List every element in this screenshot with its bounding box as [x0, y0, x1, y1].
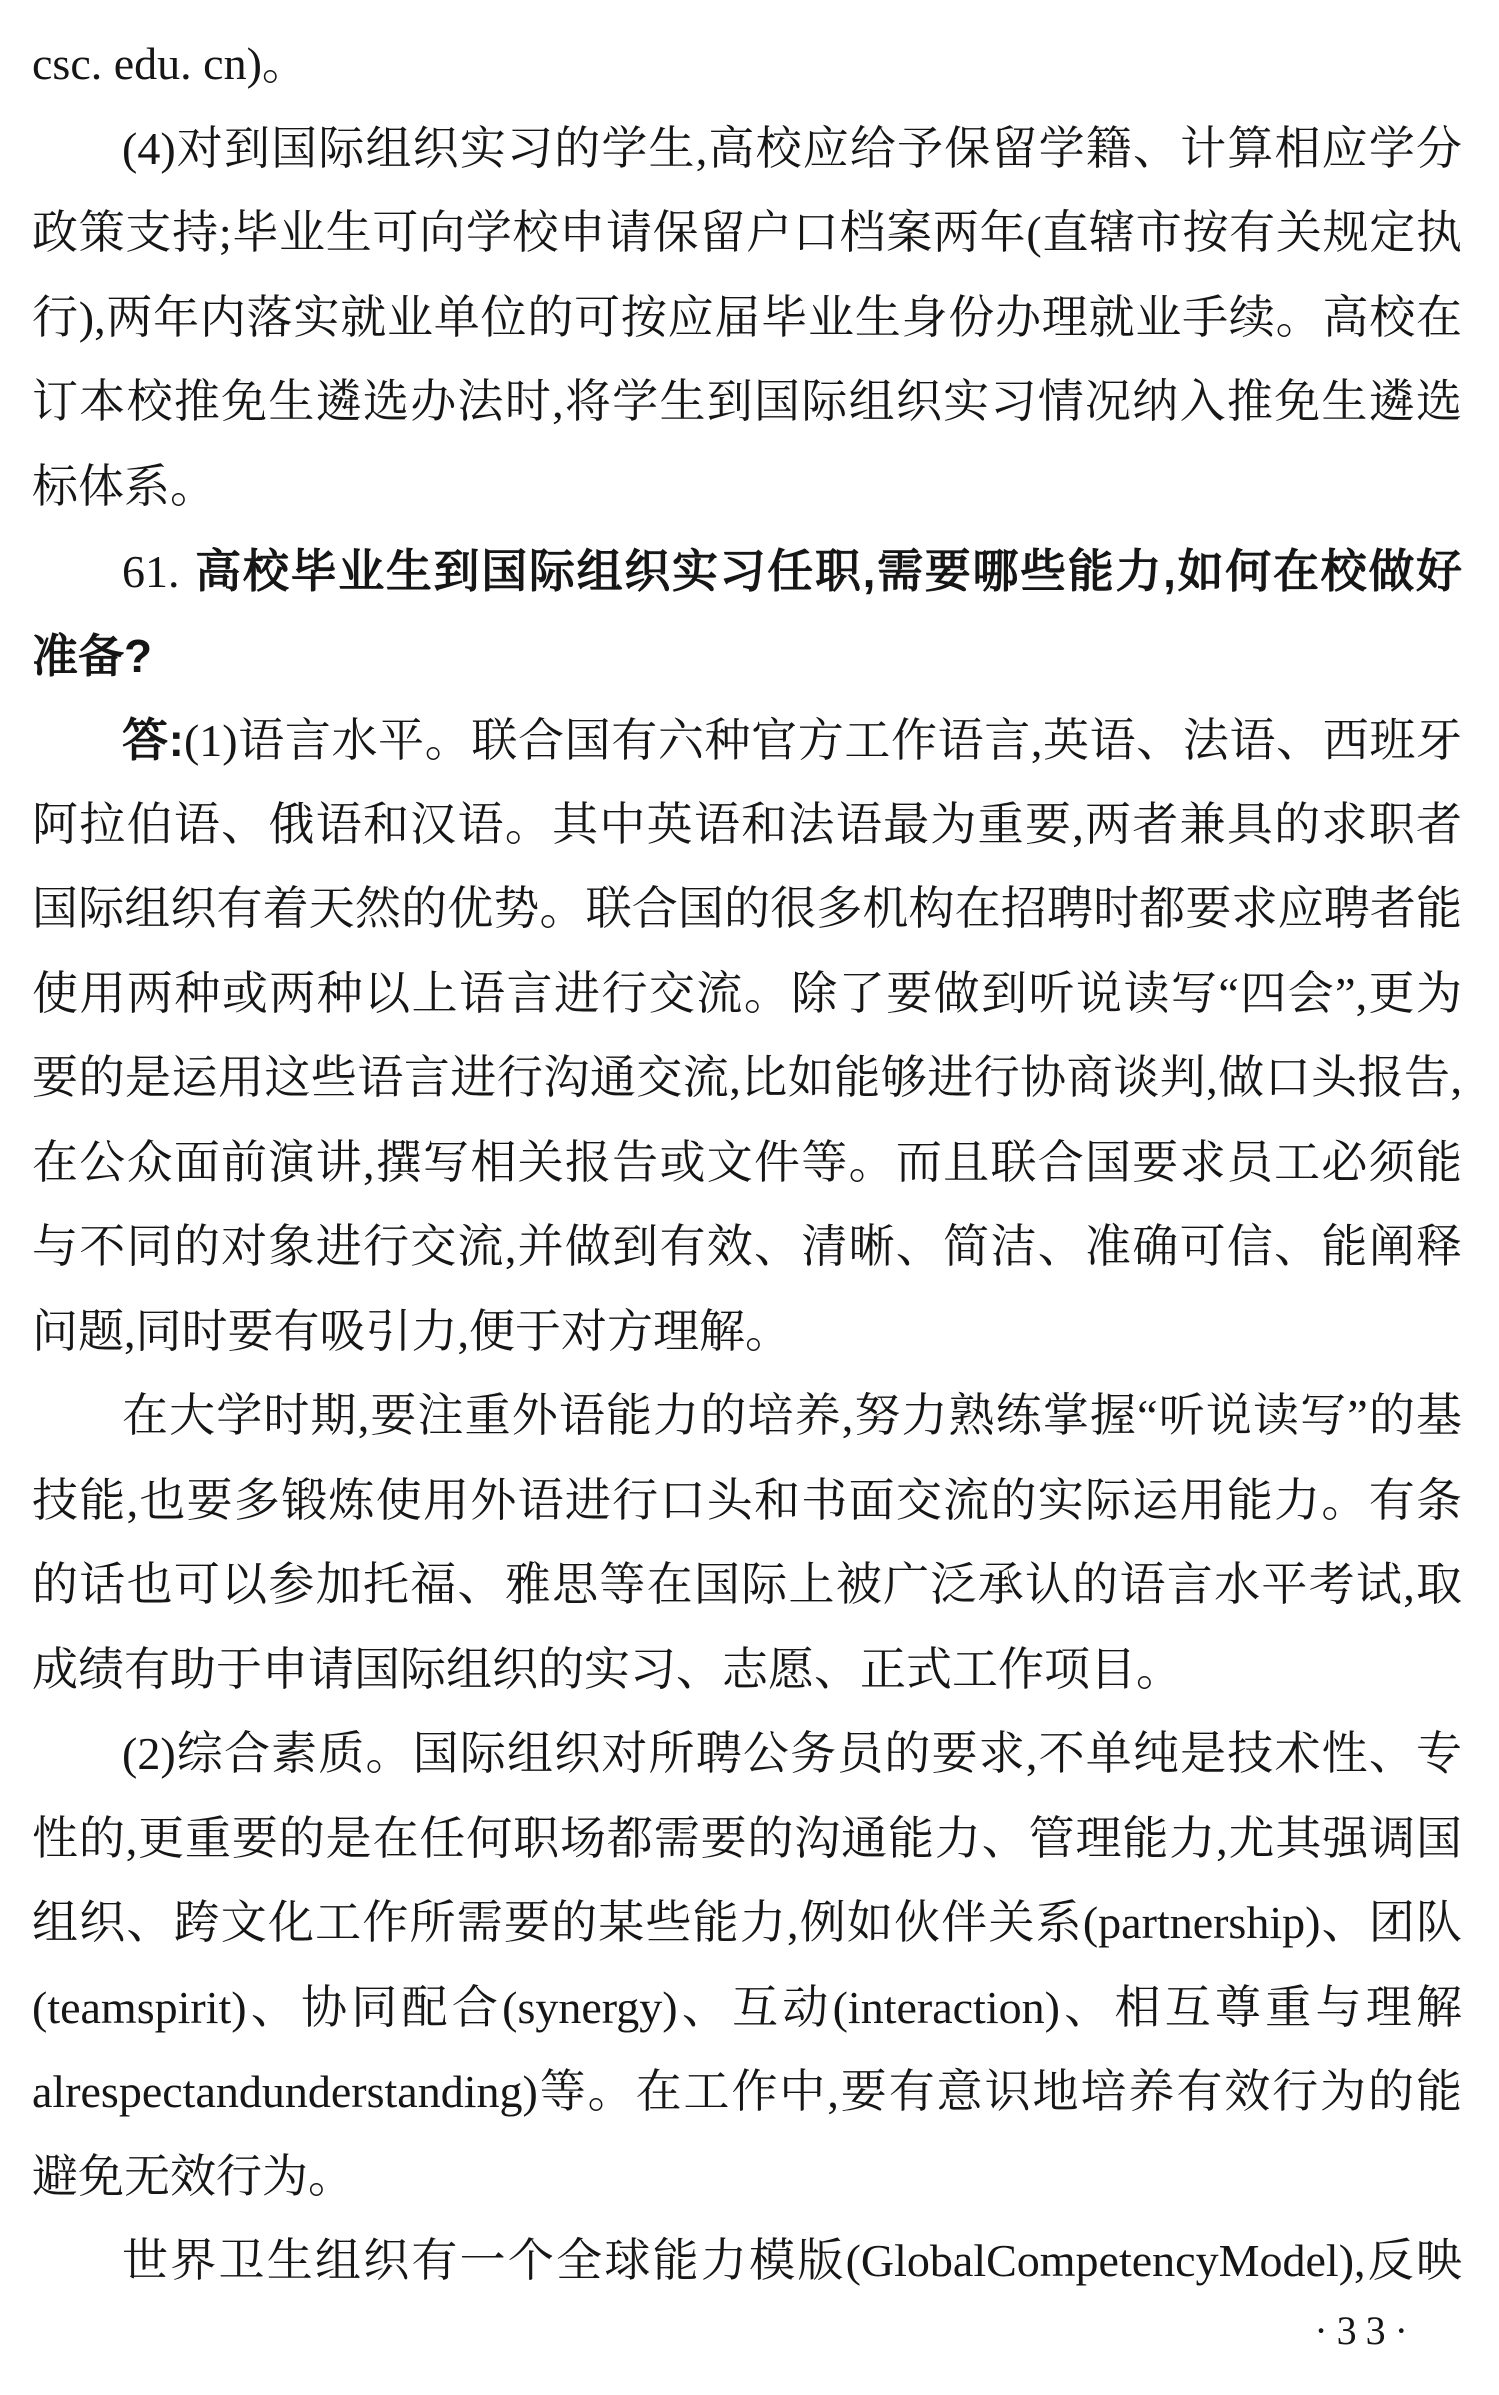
- line-text: 标体系。: [32, 461, 216, 512]
- line-text: 世界卫生组织有一个全球能力模版(GlobalCompetencyModel),反…: [32, 2235, 1462, 2304]
- line-text: 行),两年内落实就业单位的可按应届毕业生身份办理就业手续。高校在制: [32, 292, 1462, 361]
- line-text: 性的,更重要的是在任何职场都需要的沟通能力、管理能力,尤其强调国际: [32, 1813, 1462, 1882]
- text-line: 国际组织有着天然的优势。联合国的很多机构在招聘时都要求应聘者能够: [32, 867, 1462, 952]
- text-line: csc. edu. cn)。: [32, 22, 1462, 107]
- line-text: 技能,也要多锻炼使用外语进行口头和书面交流的实际运用能力。有条件: [32, 1475, 1462, 1544]
- line-text: (4)对到国际组织实习的学生,高校应给予保留学籍、计算相应学分等: [32, 123, 1462, 192]
- text-line: 订本校推免生遴选办法时,将学生到国际组织实习情况纳入推免生遴选指: [32, 360, 1462, 445]
- line-text: 与不同的对象进行交流,并做到有效、清晰、简洁、准确可信、能阐释复杂的: [32, 1221, 1462, 1290]
- text-line: 组织、跨文化工作所需要的某些能力,例如伙伴关系(partnership)、团队精…: [32, 1881, 1462, 1966]
- text-line: 的话也可以参加托福、雅思等在国际上被广泛承认的语言水平考试,取得的: [32, 1543, 1462, 1628]
- question-heading-line: 61.高校毕业生到国际组织实习任职,需要哪些能力,如何在校做好: [32, 529, 1462, 614]
- line-text: 阿拉伯语、俄语和汉语。其中英语和法语最为重要,两者兼具的求职者进入: [32, 799, 1462, 868]
- text-line: 性的,更重要的是在任何职场都需要的沟通能力、管理能力,尤其强调国际: [32, 1797, 1462, 1882]
- line-text: (teamspirit)、协同配合(synergy)、互动(interactio…: [32, 1982, 1462, 2051]
- text-line: 要的是运用这些语言进行沟通交流,比如能够进行协商谈判,做口头报告,: [32, 1036, 1462, 1121]
- line-text: alrespectandunderstanding)等。在工作中,要有意识地培养…: [32, 2066, 1462, 2135]
- text-line: (4)对到国际组织实习的学生,高校应给予保留学籍、计算相应学分等: [32, 107, 1462, 192]
- page-number: ·33·: [1314, 2307, 1417, 2355]
- answer-label: 答:: [122, 714, 184, 766]
- line-text: 订本校推免生遴选办法时,将学生到国际组织实习情况纳入推免生遴选指: [32, 376, 1462, 445]
- text-line: 在公众面前演讲,撰写相关报告或文件等。而且联合国要求员工必须能够: [32, 1121, 1462, 1206]
- book-page: csc. edu. cn)。(4)对到国际组织实习的学生,高校应给予保留学籍、计…: [0, 0, 1499, 2395]
- line-text: 政策支持;毕业生可向学校申请保留户口档案两年(直辖市按有关规定执: [32, 207, 1462, 258]
- text-line: 与不同的对象进行交流,并做到有效、清晰、简洁、准确可信、能阐释复杂的: [32, 1205, 1462, 1290]
- text-line: 行),两年内落实就业单位的可按应届毕业生身份办理就业手续。高校在制: [32, 276, 1462, 361]
- line-text: 使用两种或两种以上语言进行交流。除了要做到听说读写“四会”,更为重: [32, 968, 1462, 1037]
- text-line: alrespectandunderstanding)等。在工作中,要有意识地培养…: [32, 2050, 1462, 2135]
- text-line: 问题,同时要有吸引力,便于对方理解。: [32, 1290, 1462, 1375]
- text-line: 技能,也要多锻炼使用外语进行口头和书面交流的实际运用能力。有条件: [32, 1459, 1462, 1544]
- question-heading-line: 准备?: [32, 614, 1462, 699]
- line-text: 在公众面前演讲,撰写相关报告或文件等。而且联合国要求员工必须能够: [32, 1137, 1462, 1206]
- line-text: 准备?: [32, 630, 152, 682]
- line-text: 在大学时期,要注重外语能力的培养,努力熟练掌握“听说读写”的基本: [32, 1390, 1462, 1459]
- text-line: 使用两种或两种以上语言进行交流。除了要做到听说读写“四会”,更为重: [32, 952, 1462, 1037]
- text-block: csc. edu. cn)。(4)对到国际组织实习的学生,高校应给予保留学籍、计…: [32, 22, 1462, 2304]
- text-line: 避免无效行为。: [32, 2135, 1462, 2220]
- line-text: csc. edu. cn)。: [32, 38, 308, 89]
- text-line: 世界卫生组织有一个全球能力模版(GlobalCompetencyModel),反…: [32, 2219, 1462, 2304]
- question-number: 61.: [122, 546, 180, 597]
- line-text: 成绩有助于申请国际组织的实习、志愿、正式工作项目。: [32, 1644, 1182, 1695]
- text-line: 标体系。: [32, 445, 1462, 530]
- line-text: 问题,同时要有吸引力,便于对方理解。: [32, 1306, 791, 1357]
- line-text: 国际组织有着天然的优势。联合国的很多机构在招聘时都要求应聘者能够: [32, 883, 1462, 952]
- text-line: 成绩有助于申请国际组织的实习、志愿、正式工作项目。: [32, 1628, 1462, 1713]
- line-text: 避免无效行为。: [32, 2151, 354, 2202]
- line-text: (1)语言水平。联合国有六种官方工作语言,英语、法语、西班牙语、: [32, 715, 1462, 783]
- text-line: 在大学时期,要注重外语能力的培养,努力熟练掌握“听说读写”的基本: [32, 1374, 1462, 1459]
- text-line: (teamspirit)、协同配合(synergy)、互动(interactio…: [32, 1966, 1462, 2051]
- line-text: 要的是运用这些语言进行沟通交流,比如能够进行协商谈判,做口头报告,: [32, 1052, 1462, 1103]
- line-text: 的话也可以参加托福、雅思等在国际上被广泛承认的语言水平考试,取得的: [32, 1559, 1462, 1628]
- line-text: 高校毕业生到国际组织实习任职,需要哪些能力,如何在校做好: [194, 545, 1463, 597]
- line-text: 组织、跨文化工作所需要的某些能力,例如伙伴关系(partnership)、团队精…: [32, 1897, 1462, 1966]
- text-line: (2)综合素质。国际组织对所聘公务员的要求,不单纯是技术性、专业: [32, 1712, 1462, 1797]
- text-line: 政策支持;毕业生可向学校申请保留户口档案两年(直辖市按有关规定执: [32, 191, 1462, 276]
- line-text: (2)综合素质。国际组织对所聘公务员的要求,不单纯是技术性、专业: [32, 1728, 1462, 1797]
- text-line: 答:(1)语言水平。联合国有六种官方工作语言,英语、法语、西班牙语、: [32, 698, 1462, 783]
- text-line: 阿拉伯语、俄语和汉语。其中英语和法语最为重要,两者兼具的求职者进入: [32, 783, 1462, 868]
